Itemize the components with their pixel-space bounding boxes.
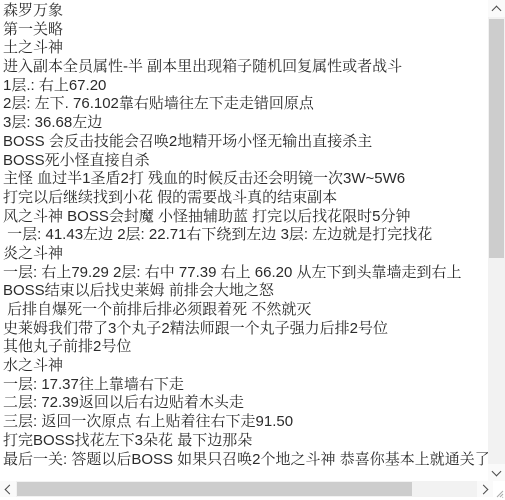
- chevron-left-icon: [5, 484, 15, 494]
- text-line: BOSS 会反击技能会召唤2地精开场小怪无输出直接杀主: [3, 133, 489, 152]
- scroll-up-button[interactable]: [488, 0, 505, 17]
- scroll-right-button[interactable]: [477, 481, 493, 497]
- text-line: BOSS结束以后找史莱姆 前排会大地之怒: [3, 282, 489, 301]
- text-viewer-window: 森罗万象第一关略土之斗神进入副本全员属性-半 副本里出现箱子随机回复属性或者战斗…: [0, 0, 505, 500]
- text-line: 一层: 17.37往上靠墙右下走: [3, 376, 489, 395]
- chevron-right-icon: [479, 484, 489, 494]
- text-line: BOSS死小怪直接自杀: [3, 152, 489, 171]
- resize-grip-icon[interactable]: [494, 488, 504, 498]
- horizontal-scrollbar[interactable]: [0, 481, 493, 497]
- horizontal-scrollbar-thumb[interactable]: [17, 482, 412, 496]
- text-line: 一层: 41.43左边 2层: 22.71右下绕到左边 3层: 左边就是打完找花: [3, 226, 489, 245]
- document-lines: 森罗万象第一关略土之斗神进入副本全员属性-半 副本里出现箱子随机回复属性或者战斗…: [0, 0, 489, 481]
- text-line: 一层: 右上79.29 2层: 右中 77.39 右上 66.20 从左下到头靠…: [3, 264, 489, 283]
- text-line: 水之斗神: [3, 357, 489, 376]
- text-line: 主怪 血过半1圣盾2打 残血的时候反击还会明镜一次3W~5W6: [3, 170, 489, 189]
- text-line: 炎之斗神: [3, 245, 489, 264]
- text-line: 进入副本全员属性-半 副本里出现箱子随机回复属性或者战斗: [3, 58, 489, 77]
- text-line: 三层: 返回一次原点 右上贴着往右下走91.50: [3, 413, 489, 432]
- text-line: 土之斗神: [3, 39, 489, 58]
- vertical-scrollbar-thumb[interactable]: [489, 19, 504, 258]
- text-line: 其他丸子前排2号位: [3, 338, 489, 357]
- text-line: 最后一关: 答题以后BOSS 如果只召唤2个地之斗神 恭喜你基本上就通关了: [3, 451, 489, 470]
- text-line: 2层: 左下. 76.102靠右贴墙往左下走走错回原点: [3, 95, 489, 114]
- text-line: 1层.: 右上67.20: [3, 77, 489, 96]
- text-line: 打完以后继续找到小花 假的需要战斗真的结束副本: [3, 189, 489, 208]
- scroll-down-button[interactable]: [488, 464, 505, 481]
- text-line: 第一关略: [3, 21, 489, 40]
- text-line: 打完BOSS找花左下3朵花 最下边那朵: [3, 432, 489, 451]
- chevron-up-icon: [492, 5, 502, 15]
- text-line: 风之斗神 BOSS会封魔 小怪抽辅助蓝 打完以后找花限时5分钟: [3, 208, 489, 227]
- text-line: 二层: 72.39返回以后右边贴着木头走: [3, 394, 489, 413]
- scroll-left-button[interactable]: [0, 481, 16, 497]
- text-line: 森罗万象: [3, 2, 489, 21]
- text-line: 后排自爆死一个前排后排必须跟着死 不然就灭: [3, 301, 489, 320]
- text-line: 3层: 36.68左边: [3, 114, 489, 133]
- text-line: 史莱姆我们带了3个丸子2精法师跟一个丸子强力后排2号位: [3, 320, 489, 339]
- chevron-down-icon: [492, 466, 502, 476]
- scrollbar-corner: [493, 481, 505, 500]
- vertical-scrollbar[interactable]: [488, 0, 505, 481]
